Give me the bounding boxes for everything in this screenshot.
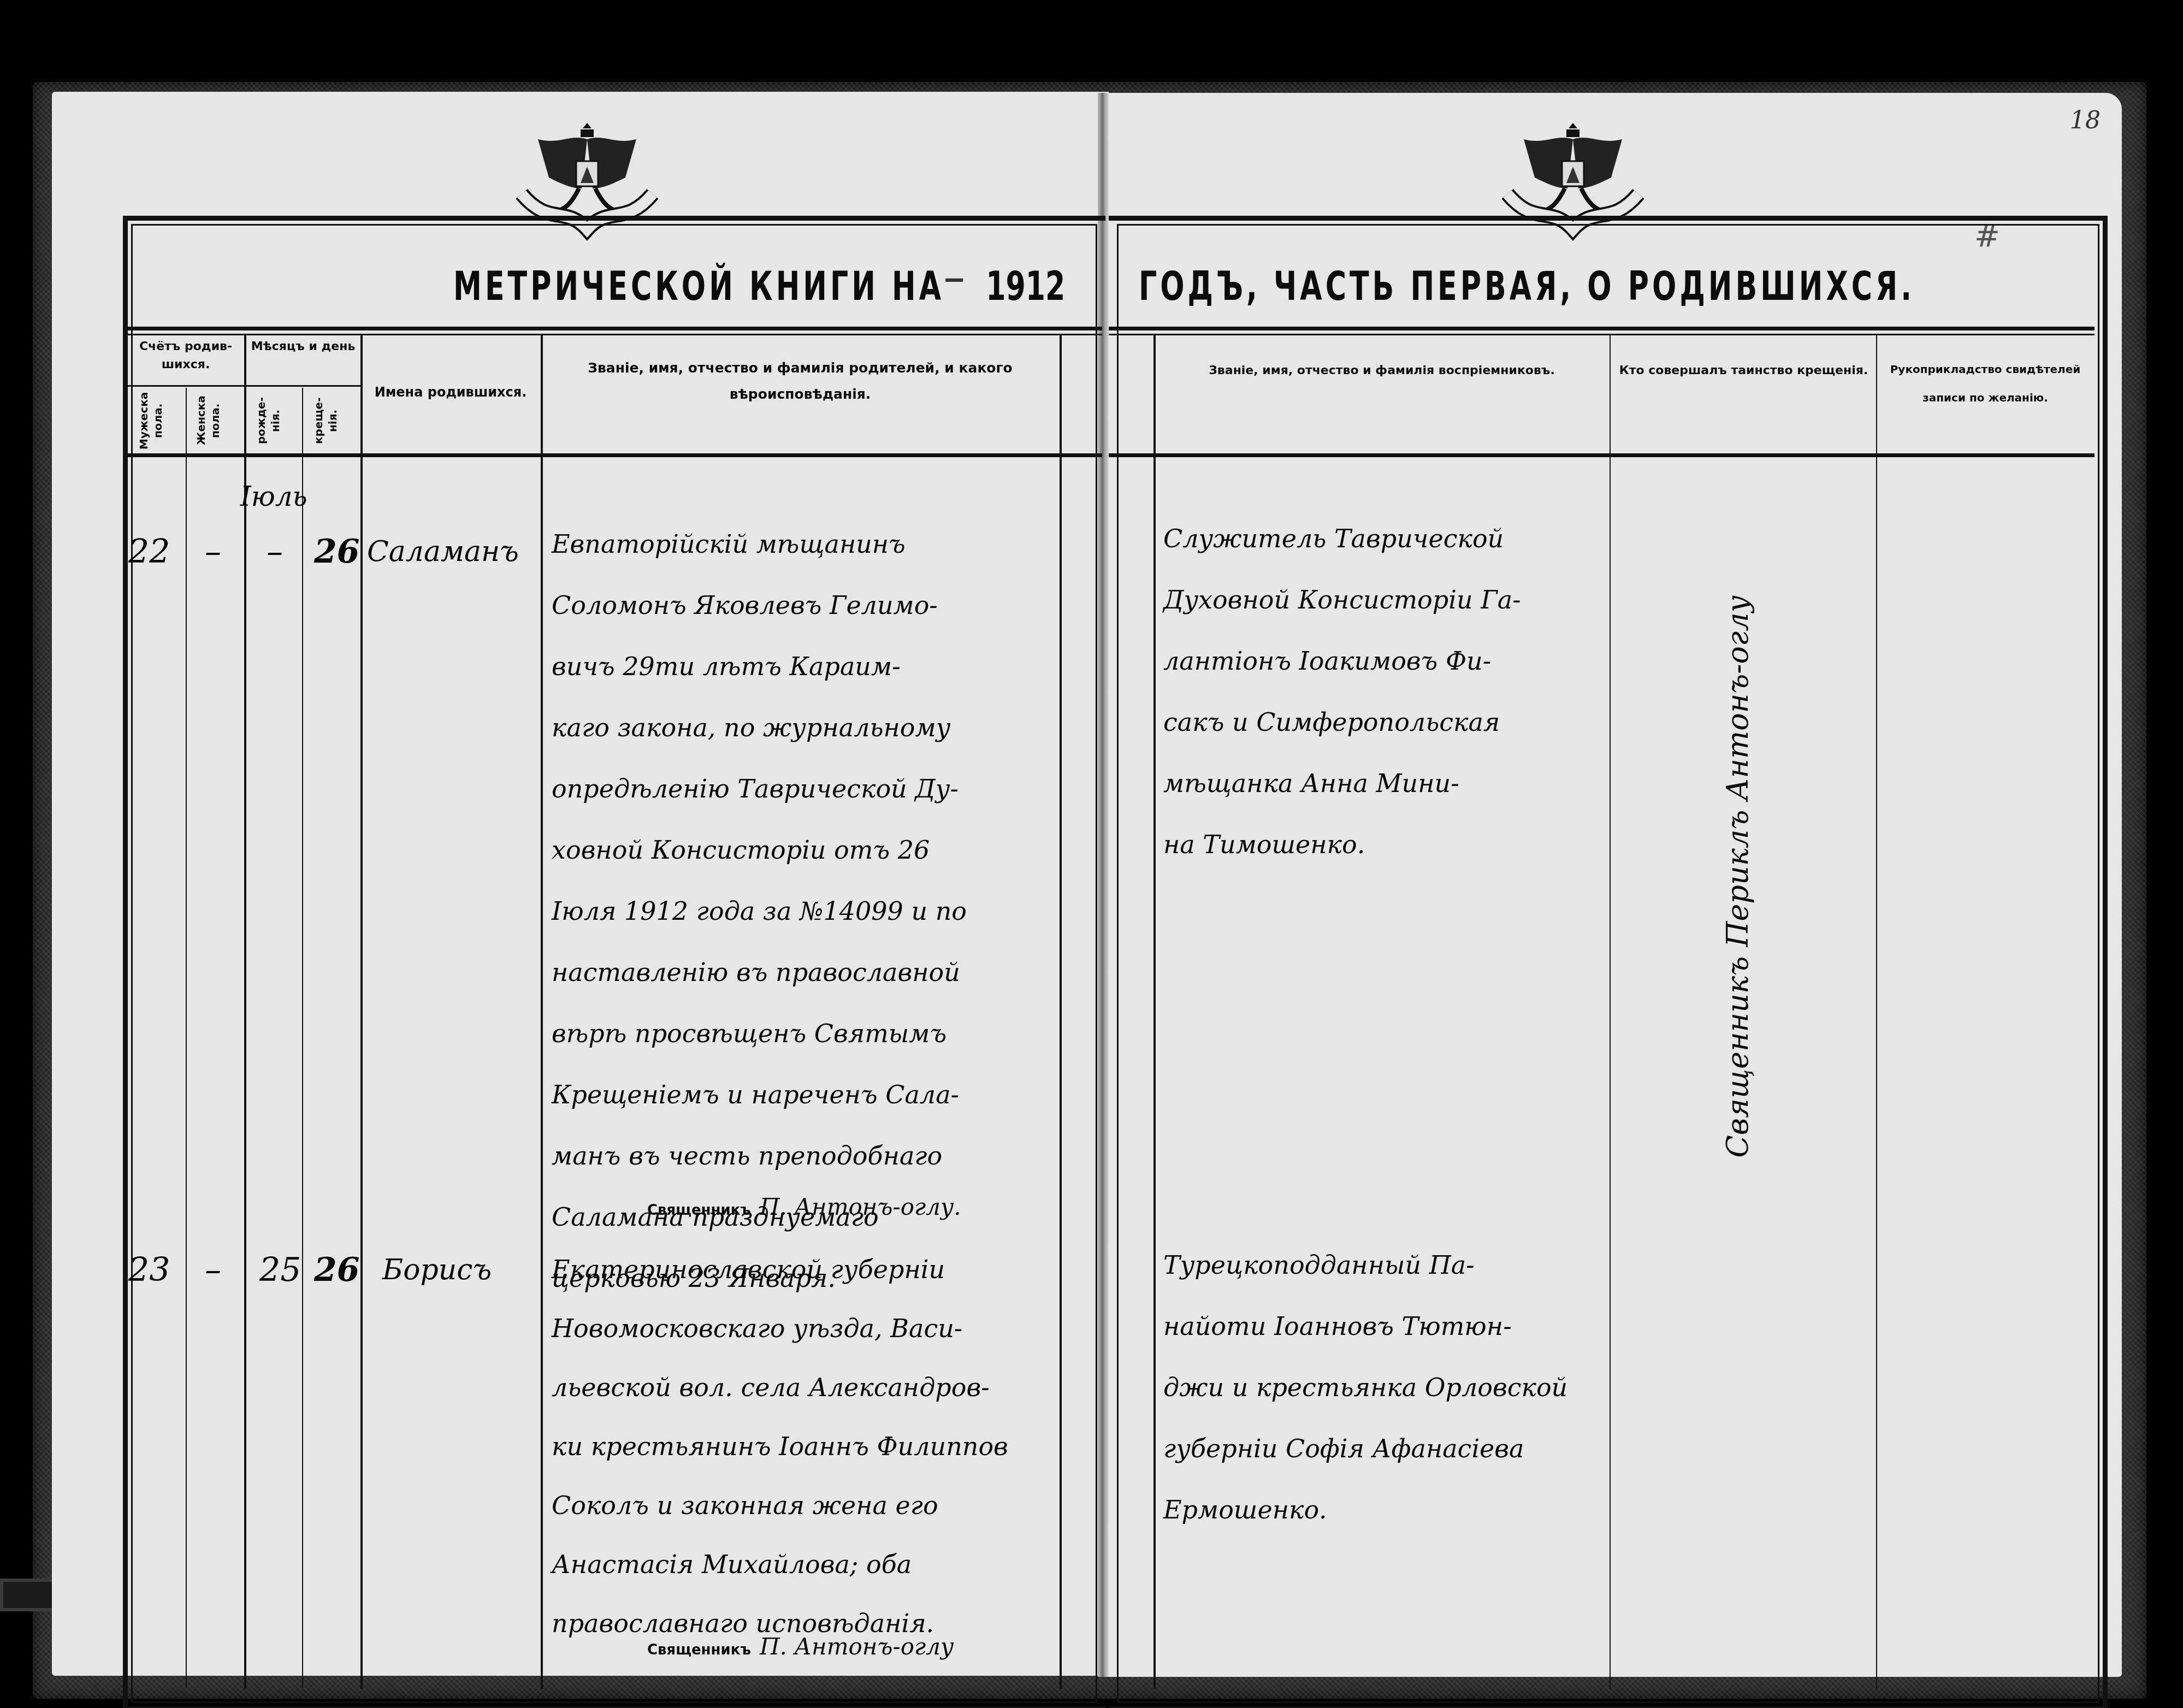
header-birth-count: Счётъ родив-шихся. <box>128 338 243 374</box>
header-names: Имена родившихся. <box>363 382 538 402</box>
record-female-number: – <box>205 533 221 571</box>
subheader-rule <box>127 385 360 387</box>
header-officiant: Кто совершалъ таинство крещенія. <box>1614 355 1873 386</box>
column-divider <box>1060 334 1062 1689</box>
page-number: 18 <box>2070 107 2101 134</box>
column-divider <box>1610 334 1611 1689</box>
record-male-number: 22 <box>128 533 170 571</box>
register-year: 1912 <box>986 263 1065 310</box>
header-top-rule <box>127 327 1102 330</box>
header-top-rule <box>1109 327 2095 330</box>
register-title-left: МЕТРИЧЕСКОЙ КНИГИ НА—1912 <box>453 263 1065 310</box>
header-bottom-rule <box>127 453 1102 457</box>
record-birth-day: – <box>267 533 283 571</box>
header-female: Женска пола. <box>194 391 238 451</box>
title-text: ГОДЪ, ЧАСТЬ ПЕРВАЯ, О РОДИВШИХСЯ. <box>1139 263 1915 310</box>
record-male-number: 23 <box>128 1251 170 1289</box>
title-text: МЕТРИЧЕСКОЙ КНИГИ НА <box>453 263 944 310</box>
month-label: Іюль <box>240 481 307 512</box>
column-divider <box>1876 334 1877 1689</box>
record-child-name: Борисъ <box>382 1254 492 1286</box>
record-female-number: – <box>205 1251 221 1289</box>
column-divider <box>302 388 303 1688</box>
record-parents-text: Евпаторійскій мѣщанинъ Соломонъ Яковлевъ… <box>552 513 967 1309</box>
header-bottom-rule <box>1109 453 2095 457</box>
header-birth-date: рожде-нія. <box>254 391 298 451</box>
record-birth-day: 25 <box>259 1251 301 1289</box>
record-baptism-day: 26 <box>314 533 360 571</box>
priest-signature: СвященникъП. Антонъ-оглу <box>647 1633 954 1660</box>
crossed-out-text: — <box>944 263 964 295</box>
record-godparents-text: Служитель Таврической Духовной Консистор… <box>1163 508 1521 875</box>
record-child-name: Саламанъ <box>367 535 519 568</box>
officiant-signature: Священникъ Периклъ Антонъ-оглу <box>1720 595 1755 1158</box>
header-baptism-date: креще-нія. <box>311 391 355 451</box>
header-godparents: Званіе, имя, отчество и фамилія воспріем… <box>1158 355 1606 386</box>
record-baptism-day: 26 <box>314 1251 360 1289</box>
record-parents-text: Екатеринославской губерніи Новомосковска… <box>552 1240 1008 1653</box>
header-witnesses: Рукоприкладство свидѣтелей записи по жел… <box>1879 355 2092 412</box>
header-male: Мужеска пола. <box>137 391 180 451</box>
column-divider <box>186 388 187 1688</box>
priest-signature: СвященникъП. Антонъ-оглу. <box>647 1193 961 1220</box>
header-month-day: Мѣсяцъ и день <box>246 338 360 356</box>
column-divider <box>360 334 363 1689</box>
record-godparents-text: Турецкоподданный Па- найоти Іоанновъ Тют… <box>1163 1234 1567 1540</box>
register-title-right: ГОДЪ, ЧАСТЬ ПЕРВАЯ, О РОДИВШИХСЯ. <box>1139 263 1915 310</box>
header-parents: Званіе, имя, отчество и фамилія родителе… <box>546 339 1054 407</box>
column-divider <box>244 334 246 1689</box>
column-divider <box>1153 334 1156 1689</box>
column-divider <box>541 334 543 1689</box>
